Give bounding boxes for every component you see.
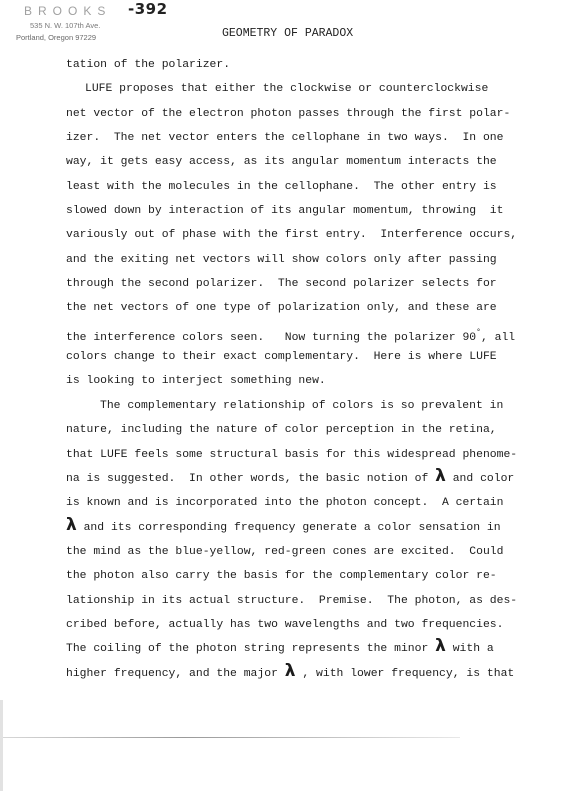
text-line: LUFE proposes that either the clockwise … — [66, 77, 536, 101]
text-line: that LUFE feels some structural basis fo… — [66, 443, 536, 467]
stamp-address-line2: Portland, Oregon 97229 — [16, 33, 96, 42]
lambda-symbol: λ — [66, 515, 77, 535]
text-line: the interference colors seen. Now turnin… — [66, 321, 536, 345]
text-line: slowed down by interaction of its angula… — [66, 199, 536, 223]
text-line: the mind as the blue-yellow, red-green c… — [66, 540, 536, 564]
text-line: The coiling of the photon string represe… — [66, 637, 536, 661]
text-line: tation of the polarizer. — [66, 53, 536, 77]
text-line: least with the molecules in the cellopha… — [66, 175, 536, 199]
stamp-name: BROOKS — [24, 4, 111, 18]
text-line: the net vectors of one type of polarizat… — [66, 296, 536, 320]
text-line: is known and is incorporated into the ph… — [66, 491, 536, 515]
text-line: variously out of phase with the first en… — [66, 223, 536, 247]
scan-left-edge — [0, 700, 3, 791]
text-line: na is suggested. In other words, the bas… — [66, 467, 536, 491]
text-line: the photon also carry the basis for the … — [66, 564, 536, 588]
text-line: nature, including the nature of color pe… — [66, 418, 536, 442]
text-line: through the second polarizer. The second… — [66, 272, 536, 296]
text-line: net vector of the electron photon passes… — [66, 102, 536, 126]
text-line: λ and its corresponding frequency genera… — [66, 516, 536, 540]
handwritten-page-number: -392 — [128, 0, 168, 18]
lambda-symbol: λ — [435, 636, 446, 656]
text-line: way, it gets easy access, as its angular… — [66, 150, 536, 174]
stamp-address-line1: 535 N. W. 107th Ave. — [30, 21, 100, 30]
page-title: GEOMETRY OF PARADOX — [222, 27, 353, 40]
text-line: colors change to their exact complementa… — [66, 345, 536, 369]
text-line: cribed before, actually has two waveleng… — [66, 613, 536, 637]
text-line: and the exiting net vectors will show co… — [66, 248, 536, 272]
text-line: higher frequency, and the major λ , with… — [66, 662, 536, 686]
document-body: tation of the polarizer. LUFE proposes t… — [66, 53, 536, 686]
text-line: lationship in its actual structure. Prem… — [66, 589, 536, 613]
text-line: is looking to interject something new. — [66, 369, 536, 393]
lambda-symbol: λ — [285, 661, 296, 681]
text-line: izer. The net vector enters the cellopha… — [66, 126, 536, 150]
lambda-symbol: λ — [435, 466, 446, 486]
scan-edge-line — [0, 737, 460, 738]
text-line: The complementary relationship of colors… — [66, 394, 536, 418]
